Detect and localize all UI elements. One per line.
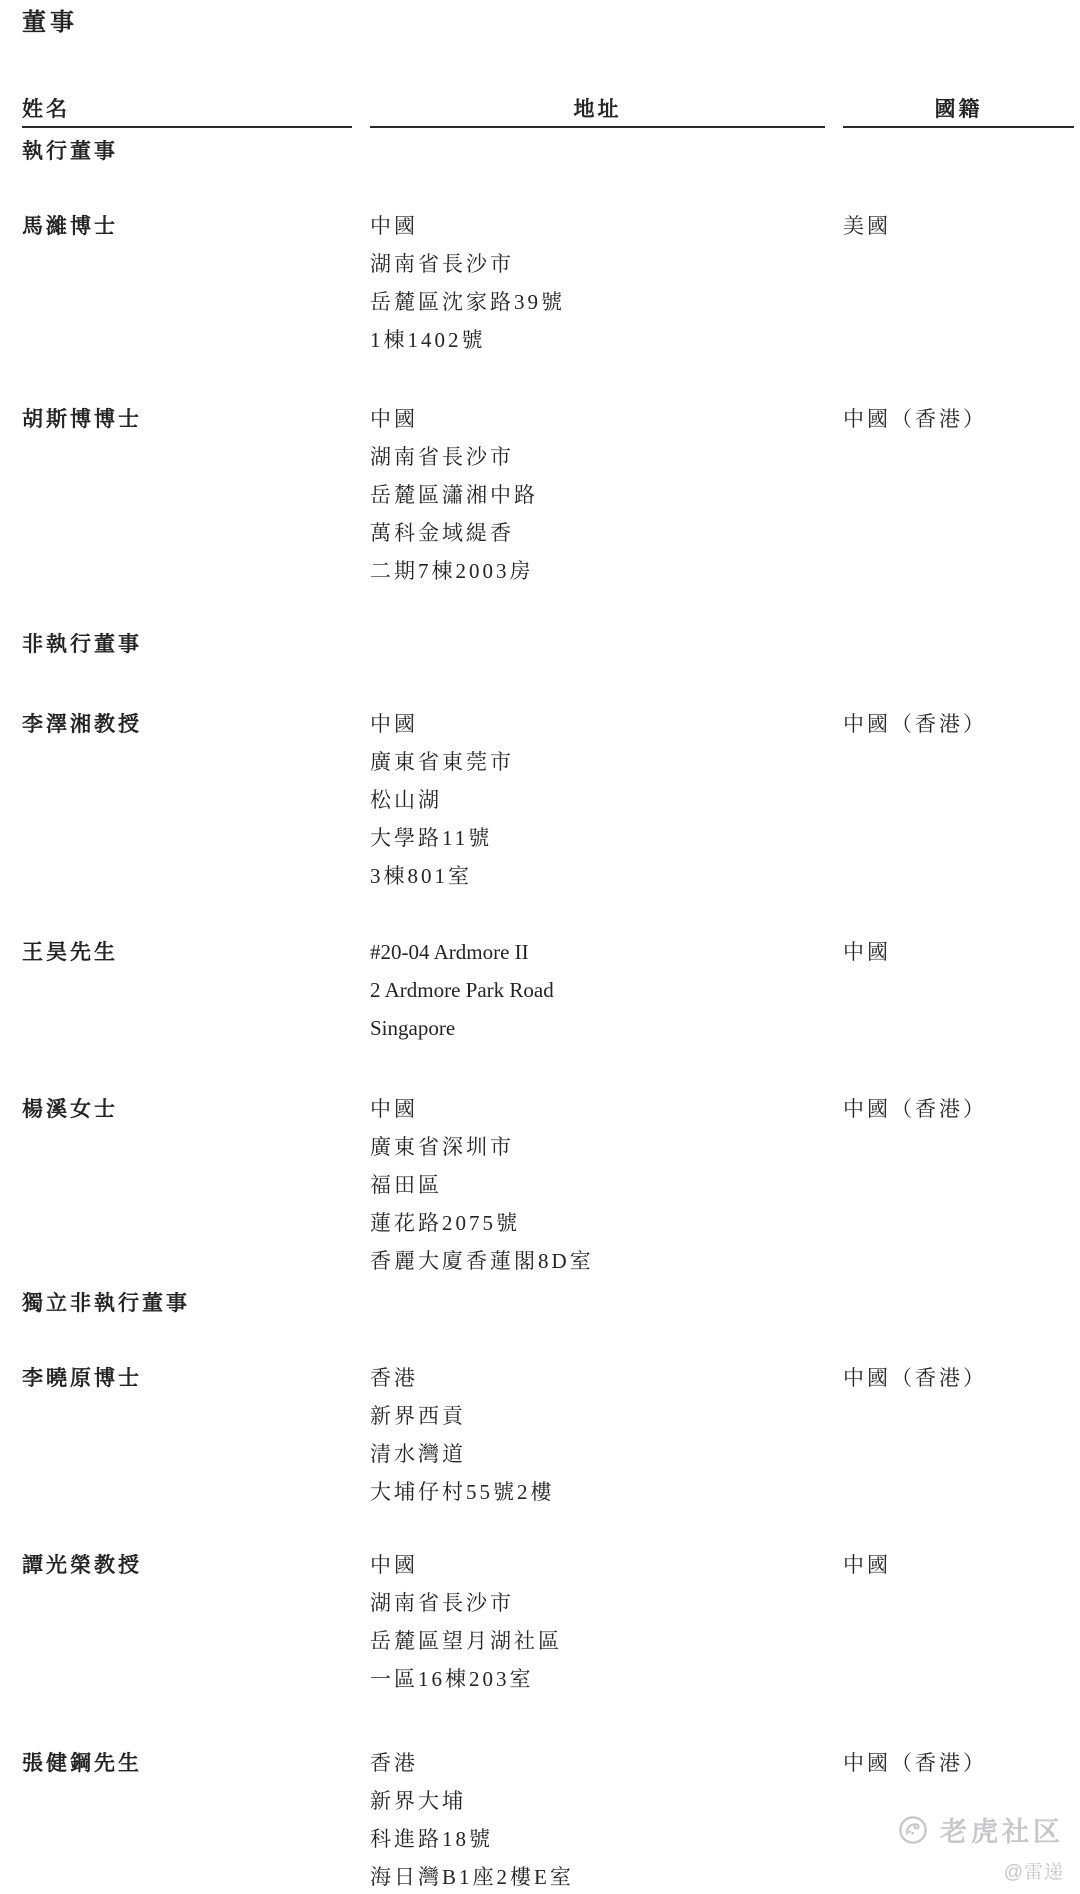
- watermark-community-label: 老虎社区: [940, 1810, 1064, 1849]
- director-row: 胡斯博博士 中國 湖南省長沙市 岳麓區瀟湘中路 萬科金域緹香 二期7棟2003房…: [22, 400, 1074, 590]
- address-line: 香港: [370, 1359, 825, 1397]
- address-line: 湖南省長沙市: [370, 1584, 825, 1622]
- section-label-non-executive-directors: 非執行董事: [22, 625, 1074, 663]
- address-line: 清水灣道: [370, 1435, 825, 1473]
- address-line: 萬科金域緹香: [370, 514, 825, 552]
- address-line: 岳麓區瀟湘中路: [370, 476, 825, 514]
- document-page: 董事 姓名 地址 國籍 執行董事 馬濰博士 中國 湖南省長沙市 岳麓區沈家路39…: [0, 0, 1080, 1894]
- column-header-address: 地址: [370, 92, 825, 128]
- director-name: 王昊先生: [22, 933, 352, 971]
- director-address: #20-04 Ardmore II 2 Ardmore Park Road Si…: [370, 933, 825, 1047]
- director-name: 馬濰博士: [22, 207, 352, 245]
- address-line: 中國: [370, 1546, 825, 1584]
- director-row: 譚光榮教授 中國 湖南省長沙市 岳麓區望月湖社區 一區16棟203室 中國: [22, 1546, 1074, 1698]
- address-line: 中國: [370, 1090, 825, 1128]
- address-line: 中國: [370, 705, 825, 743]
- address-line: 岳麓區沈家路39號: [370, 283, 825, 321]
- page-title: 董事: [22, 8, 1074, 38]
- column-header-nationality: 國籍: [843, 92, 1074, 128]
- address-line: 新界大埔: [370, 1782, 825, 1820]
- director-address: 中國 湖南省長沙市 岳麓區沈家路39號 1棟1402號: [370, 207, 825, 359]
- director-row: 李曉原博士 香港 新界西貢 清水灣道 大埔仔村55號2樓 中國（香港）: [22, 1359, 1074, 1511]
- address-line: 松山湖: [370, 781, 825, 819]
- address-line: 大學路11號: [370, 819, 825, 857]
- tiger-circle-icon: [898, 1815, 928, 1845]
- address-line: 蓮花路2075號: [370, 1204, 825, 1242]
- director-nationality: 中國（香港）: [843, 400, 1074, 438]
- director-nationality: 中國（香港）: [843, 1090, 1074, 1128]
- director-name: 李澤湘教授: [22, 705, 352, 743]
- address-line: 中國: [370, 400, 825, 438]
- director-address: 香港 新界西貢 清水灣道 大埔仔村55號2樓: [370, 1359, 825, 1511]
- director-address: 中國 湖南省長沙市 岳麓區望月湖社區 一區16棟203室: [370, 1546, 825, 1698]
- director-name: 李曉原博士: [22, 1359, 352, 1397]
- director-name: 譚光榮教授: [22, 1546, 352, 1584]
- address-line: 中國: [370, 207, 825, 245]
- director-nationality: 中國（香港）: [843, 705, 1074, 743]
- director-row: 楊溪女士 中國 廣東省深圳市 福田區 蓮花路2075號 香麗大廈香蓮閣8D室 中…: [22, 1090, 1074, 1280]
- director-row: 李澤湘教授 中國 廣東省東莞市 松山湖 大學路11號 3棟801室 中國（香港）: [22, 705, 1074, 895]
- address-line: 海日灣B1座2樓E室: [370, 1858, 825, 1894]
- director-row: 馬濰博士 中國 湖南省長沙市 岳麓區沈家路39號 1棟1402號 美國: [22, 207, 1074, 359]
- section-label-executive-directors: 執行董事: [22, 132, 1074, 170]
- director-row: 王昊先生 #20-04 Ardmore II 2 Ardmore Park Ro…: [22, 933, 1074, 1047]
- address-line: 2 Ardmore Park Road: [370, 971, 825, 1009]
- director-address: 中國 廣東省東莞市 松山湖 大學路11號 3棟801室: [370, 705, 825, 895]
- director-nationality: 中國: [843, 1546, 1074, 1584]
- column-header-name: 姓名: [22, 92, 352, 128]
- address-line: 廣東省深圳市: [370, 1128, 825, 1166]
- address-line: 二期7棟2003房: [370, 552, 825, 590]
- director-nationality: 中國（香港）: [843, 1359, 1074, 1397]
- address-line: #20-04 Ardmore II: [370, 933, 825, 971]
- director-address: 香港 新界大埔 科進路18號 海日灣B1座2樓E室: [370, 1744, 825, 1894]
- watermark-author-label: @雷递: [898, 1857, 1064, 1884]
- director-name: 楊溪女士: [22, 1090, 352, 1128]
- address-line: 岳麓區望月湖社區: [370, 1622, 825, 1660]
- director-nationality: 中國（香港）: [843, 1744, 1074, 1782]
- director-address: 中國 湖南省長沙市 岳麓區瀟湘中路 萬科金域緹香 二期7棟2003房: [370, 400, 825, 590]
- director-address: 中國 廣東省深圳市 福田區 蓮花路2075號 香麗大廈香蓮閣8D室: [370, 1090, 825, 1280]
- director-nationality: 中國: [843, 933, 1074, 971]
- table-header-row: 姓名 地址 國籍: [22, 92, 1074, 128]
- director-nationality: 美國: [843, 207, 1074, 245]
- address-line: Singapore: [370, 1009, 825, 1047]
- address-line: 福田區: [370, 1166, 825, 1204]
- director-name: 張健鋼先生: [22, 1744, 352, 1782]
- watermark: 老虎社区 @雷递: [898, 1810, 1064, 1884]
- address-line: 一區16棟203室: [370, 1660, 825, 1698]
- address-line: 3棟801室: [370, 857, 825, 895]
- address-line: 香麗大廈香蓮閣8D室: [370, 1242, 825, 1280]
- director-name: 胡斯博博士: [22, 400, 352, 438]
- address-line: 大埔仔村55號2樓: [370, 1473, 825, 1511]
- address-line: 1棟1402號: [370, 321, 825, 359]
- section-label-independent-non-executive-directors: 獨立非執行董事: [22, 1284, 1074, 1322]
- address-line: 新界西貢: [370, 1397, 825, 1435]
- address-line: 湖南省長沙市: [370, 438, 825, 476]
- address-line: 香港: [370, 1744, 825, 1782]
- address-line: 廣東省東莞市: [370, 743, 825, 781]
- address-line: 科進路18號: [370, 1820, 825, 1858]
- address-line: 湖南省長沙市: [370, 245, 825, 283]
